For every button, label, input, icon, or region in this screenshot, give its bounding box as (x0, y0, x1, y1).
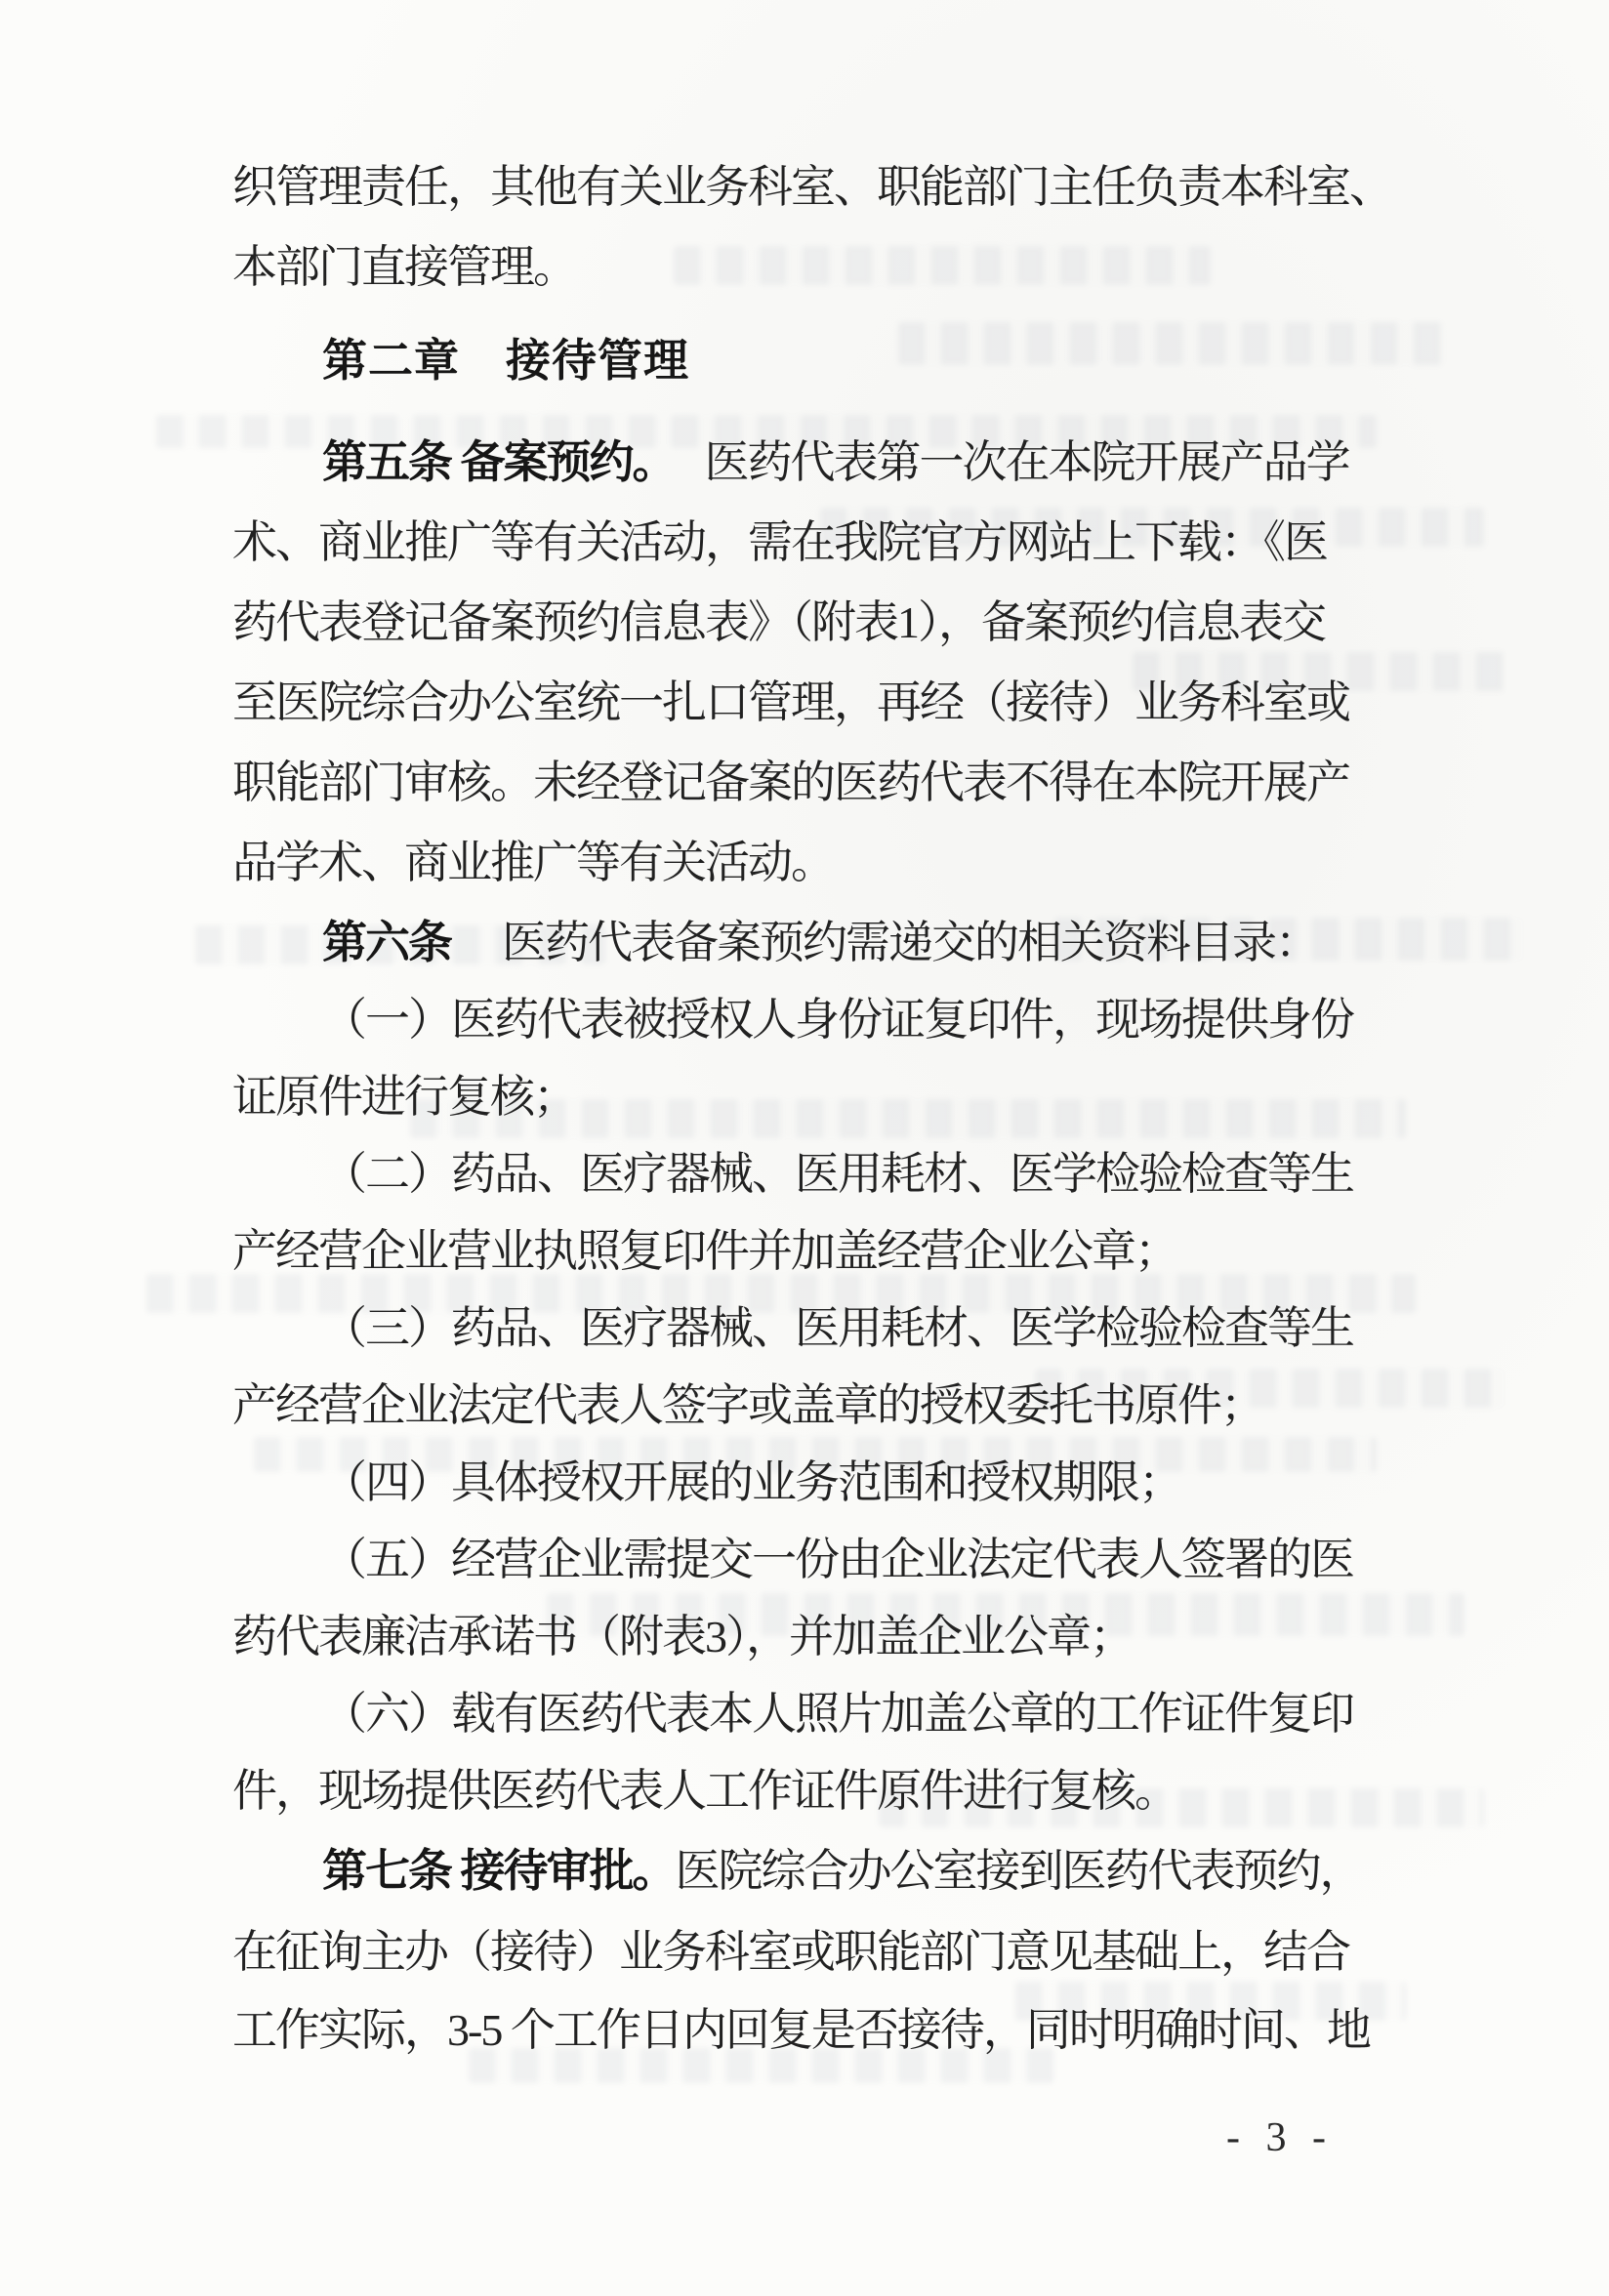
article5-label: 第五条 备案预约。 (322, 437, 676, 487)
article5-line-2: 术、商业推广等有关活动，需在我院官方网站上下载：《医 (232, 517, 1327, 569)
article6-item1-line-1: （一）医药代表被授权人身份证复印件，现场提供身份 (322, 995, 1353, 1046)
article7-line-3: 工作实际，3-5 个工作日内回复是否接待，同时明确时间、地 (232, 2005, 1370, 2057)
paragraph-carryover-line-1: 织管理责任，其他有关业务科室、职能部门主任负责本科室、 (232, 162, 1392, 214)
article5-line-1: 第五条 备案预约。医药代表第一次在本院开展产品学 (322, 437, 1349, 489)
article6-item5-line-2: 药代表廉洁承诺书（附表3），并加盖企业公章； (232, 1612, 1133, 1663)
article7-text: 医院综合办公室接到医药代表预约， (676, 1846, 1363, 1896)
article5-line-6: 品学术、商业推广等有关活动。 (232, 838, 834, 889)
paragraph-carryover-line-2: 本部门直接管理。 (232, 242, 576, 294)
article5-text: 医药代表第一次在本院开展产品学 (705, 437, 1349, 487)
chapter-heading: 第二章 接待管理 (322, 336, 689, 388)
article6-item6-line-2: 件，现场提供医药代表人工作证件原件进行复核。 (232, 1766, 1177, 1818)
article7-label: 第七条 接待审批。 (322, 1846, 676, 1896)
article6-item2-line-1: （二）药品、医疗器械、医用耗材、医学检验检查等生 (322, 1149, 1353, 1201)
article6-intro: 医药代表备案预约需递交的相关资料目录： (502, 918, 1318, 967)
article6-item4-line: （四）具体授权开展的业务范围和授权期限； (322, 1457, 1181, 1509)
scanned-document-page: 织管理责任，其他有关业务科室、职能部门主任负责本科室、 本部门直接管理。 第二章… (0, 0, 1609, 2296)
article6-item3-line-1: （三）药品、医疗器械、医用耗材、医学检验检查等生 (322, 1303, 1353, 1355)
article7-line-1: 第七条 接待审批。医院综合办公室接到医药代表预约， (322, 1846, 1363, 1898)
article6-line-1: 第六条医药代表备案预约需递交的相关资料目录： (322, 918, 1318, 969)
article6-item5-line-1: （五）经营企业需提交一份由企业法定代表人签署的医 (322, 1535, 1353, 1586)
article6-label: 第六条 (322, 918, 451, 967)
article6-item6-line-1: （六）载有医药代表本人照片加盖公章的工作证件复印 (322, 1689, 1353, 1741)
article6-item2-line-2: 产经营企业营业执照复印件并加盖经营企业公章； (232, 1226, 1177, 1278)
article6-item3-line-2: 产经营企业法定代表人签字或盖章的授权委托书原件； (232, 1380, 1263, 1432)
article5-line-3: 药代表登记备案预约信息表》（附表1），备案预约信息表交 (232, 597, 1325, 649)
article6-item1-line-2: 证原件进行复核； (232, 1072, 576, 1124)
bleedthrough-artifact (898, 322, 1445, 365)
article7-line-2: 在征询主办（接待）业务科室或职能部门意见基础上，结合 (232, 1927, 1349, 1979)
article5-line-5: 职能部门审核。未经登记备案的医药代表不得在本院开展产 (232, 758, 1349, 809)
page-number: - 3 - (1226, 2114, 1334, 2161)
article5-line-4: 至医院综合办公室统一扎口管理，再经（接待）业务科室或 (232, 677, 1349, 729)
bleedthrough-artifact (674, 246, 1211, 285)
